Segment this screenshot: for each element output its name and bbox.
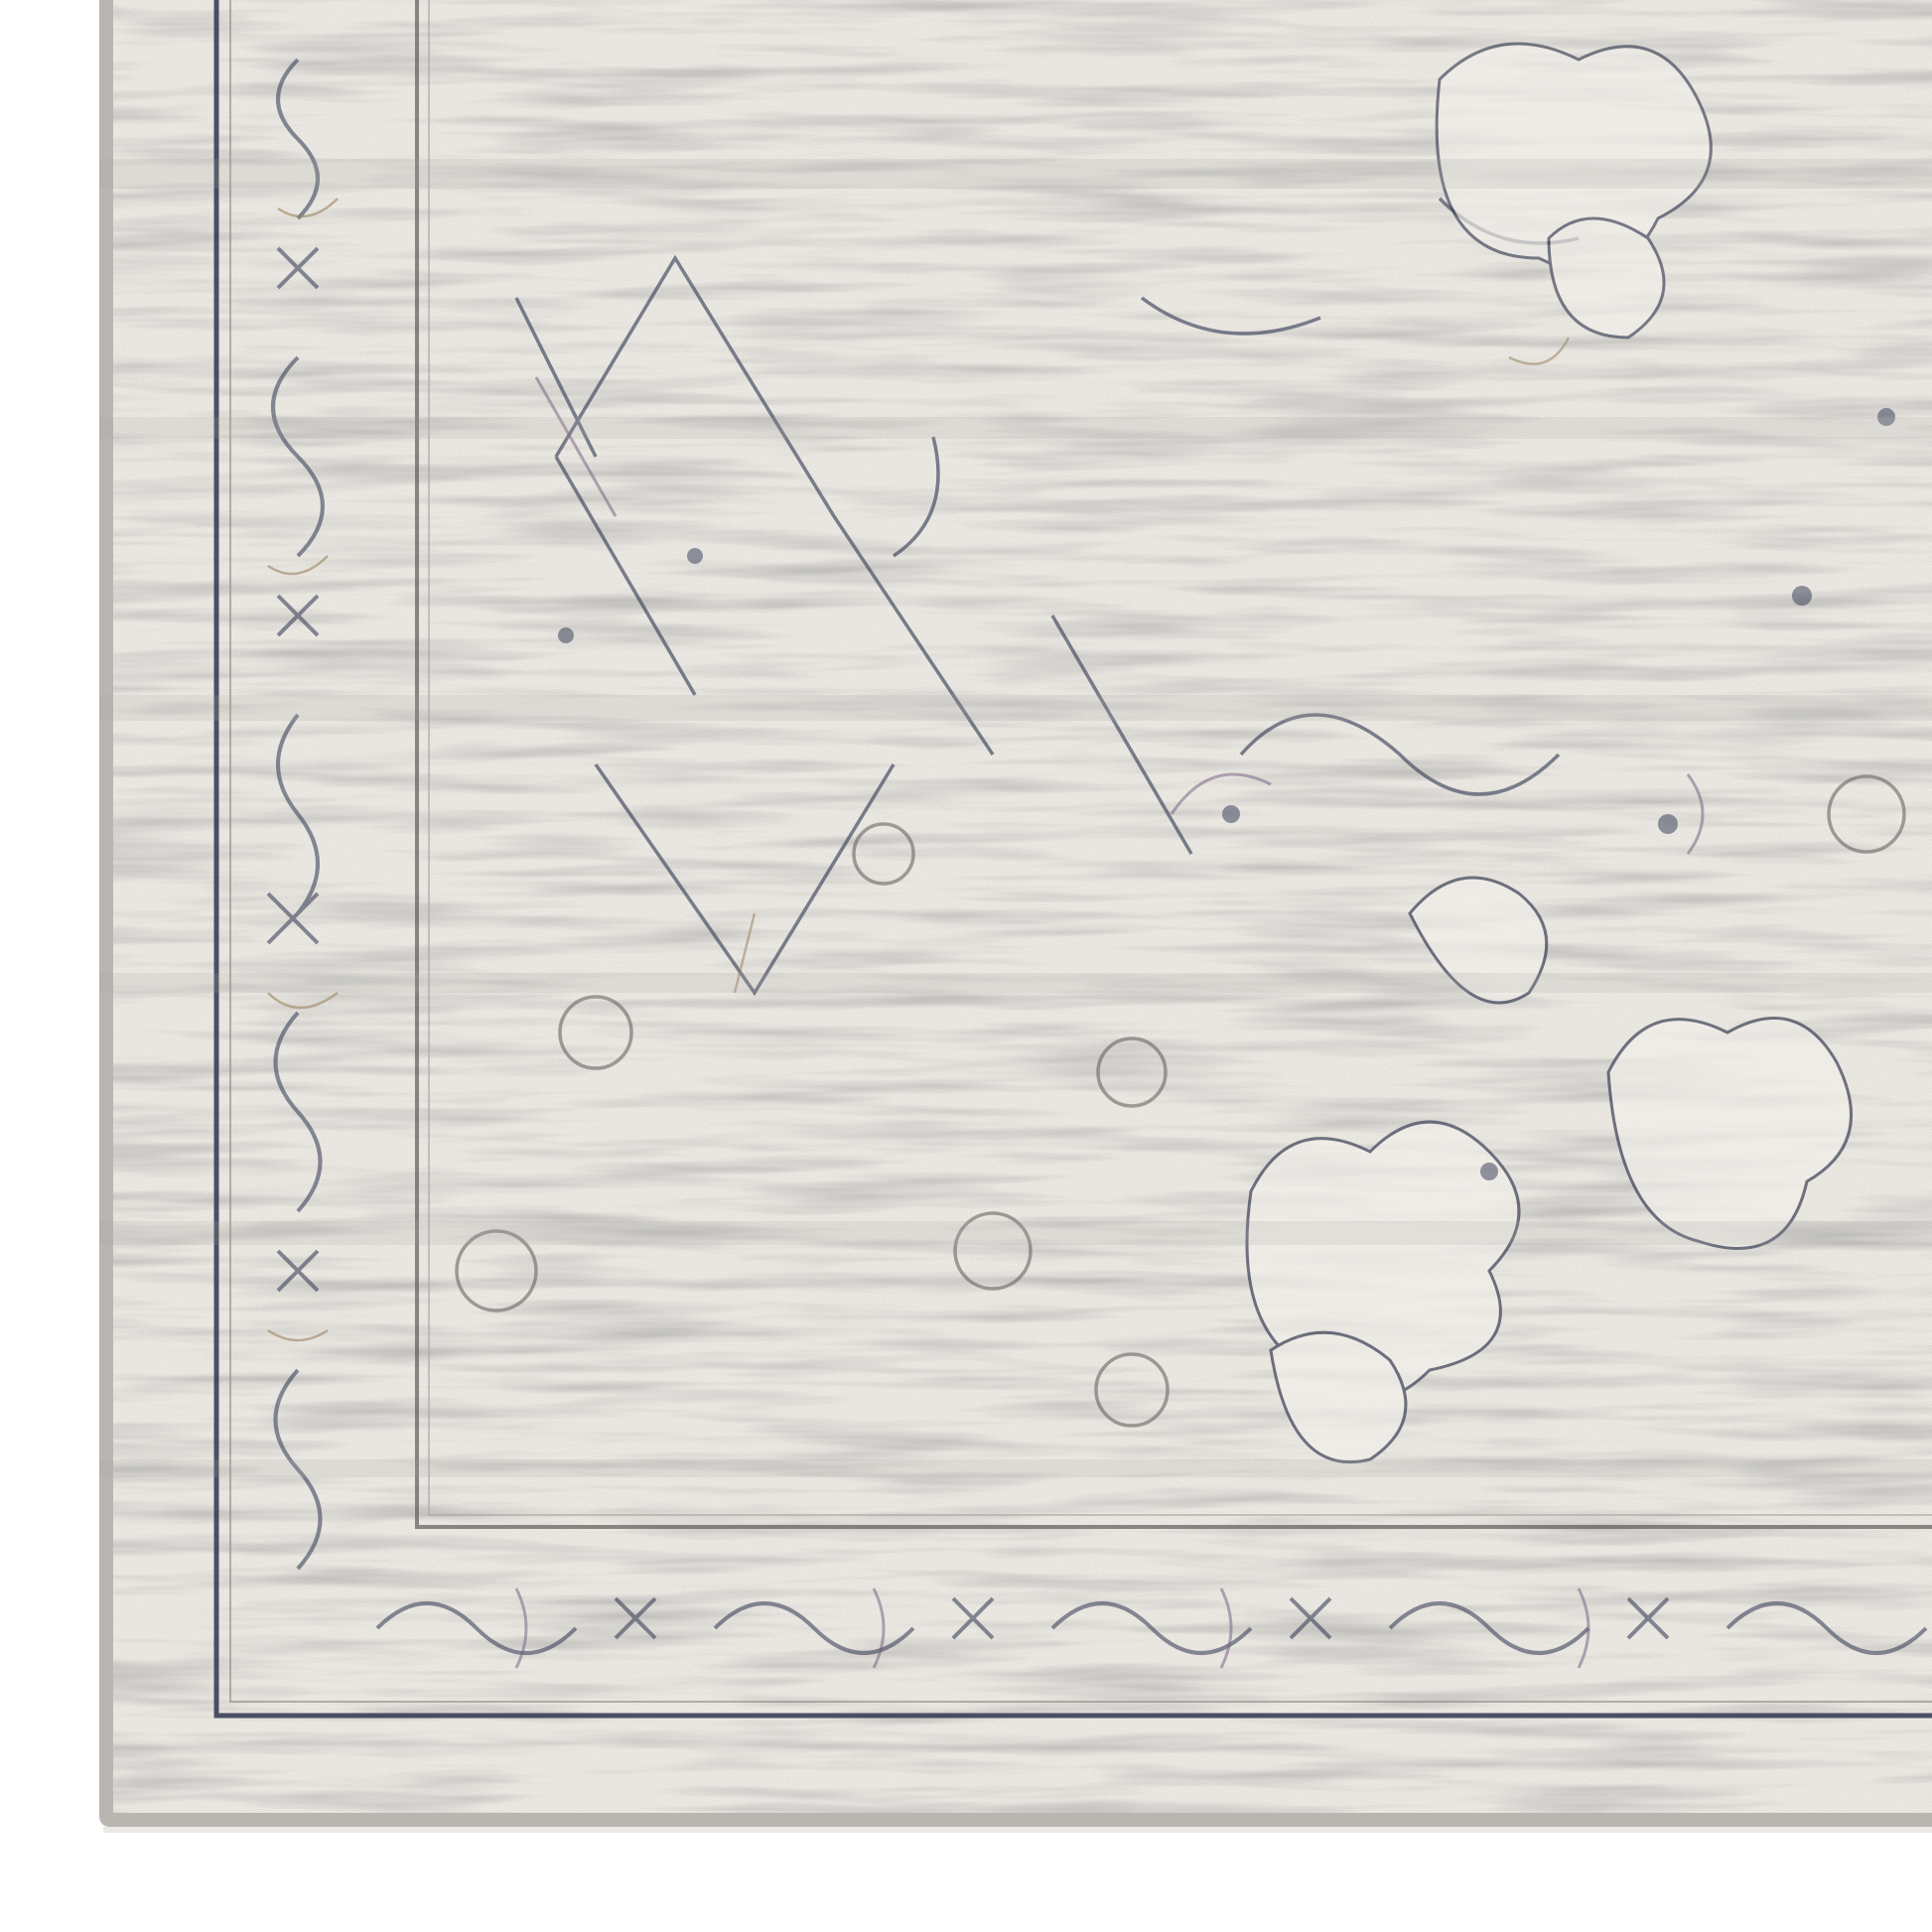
rug [99,0,1932,1827]
rug-photo [0,0,1932,1932]
rug-shadow [103,1827,1932,1833]
rug-corner-illustration [0,0,1932,1932]
left-binding [99,0,113,1827]
bottom-binding [99,1813,1932,1827]
